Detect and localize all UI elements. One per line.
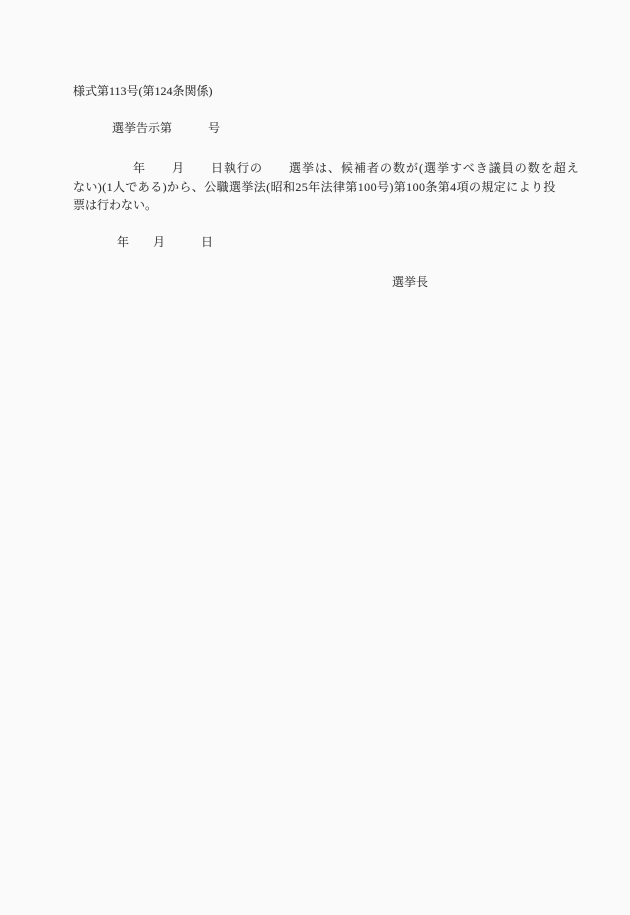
- date-blank-line: 年 月 日: [117, 235, 213, 249]
- document-page: 様式第113号(第124条関係) 選挙告示第 号 年 月 日執行の 選挙は、候補…: [0, 0, 630, 915]
- form-number-label: 様式第113号(第124条関係): [73, 84, 213, 98]
- election-notice-number-line: 選挙告示第 号: [112, 121, 220, 135]
- election-officer-signature-label: 選挙長: [392, 275, 428, 289]
- body-paragraph-line: 票は行わない。: [73, 198, 157, 212]
- body-paragraph-line: 年 月 日執行の 選挙は、候補者の数が(選挙すべき議員の数を超え: [133, 161, 580, 175]
- body-paragraph-line: ない)(1人である)から、公職選挙法(昭和25年法律第100号)第100条第4項…: [73, 180, 556, 194]
